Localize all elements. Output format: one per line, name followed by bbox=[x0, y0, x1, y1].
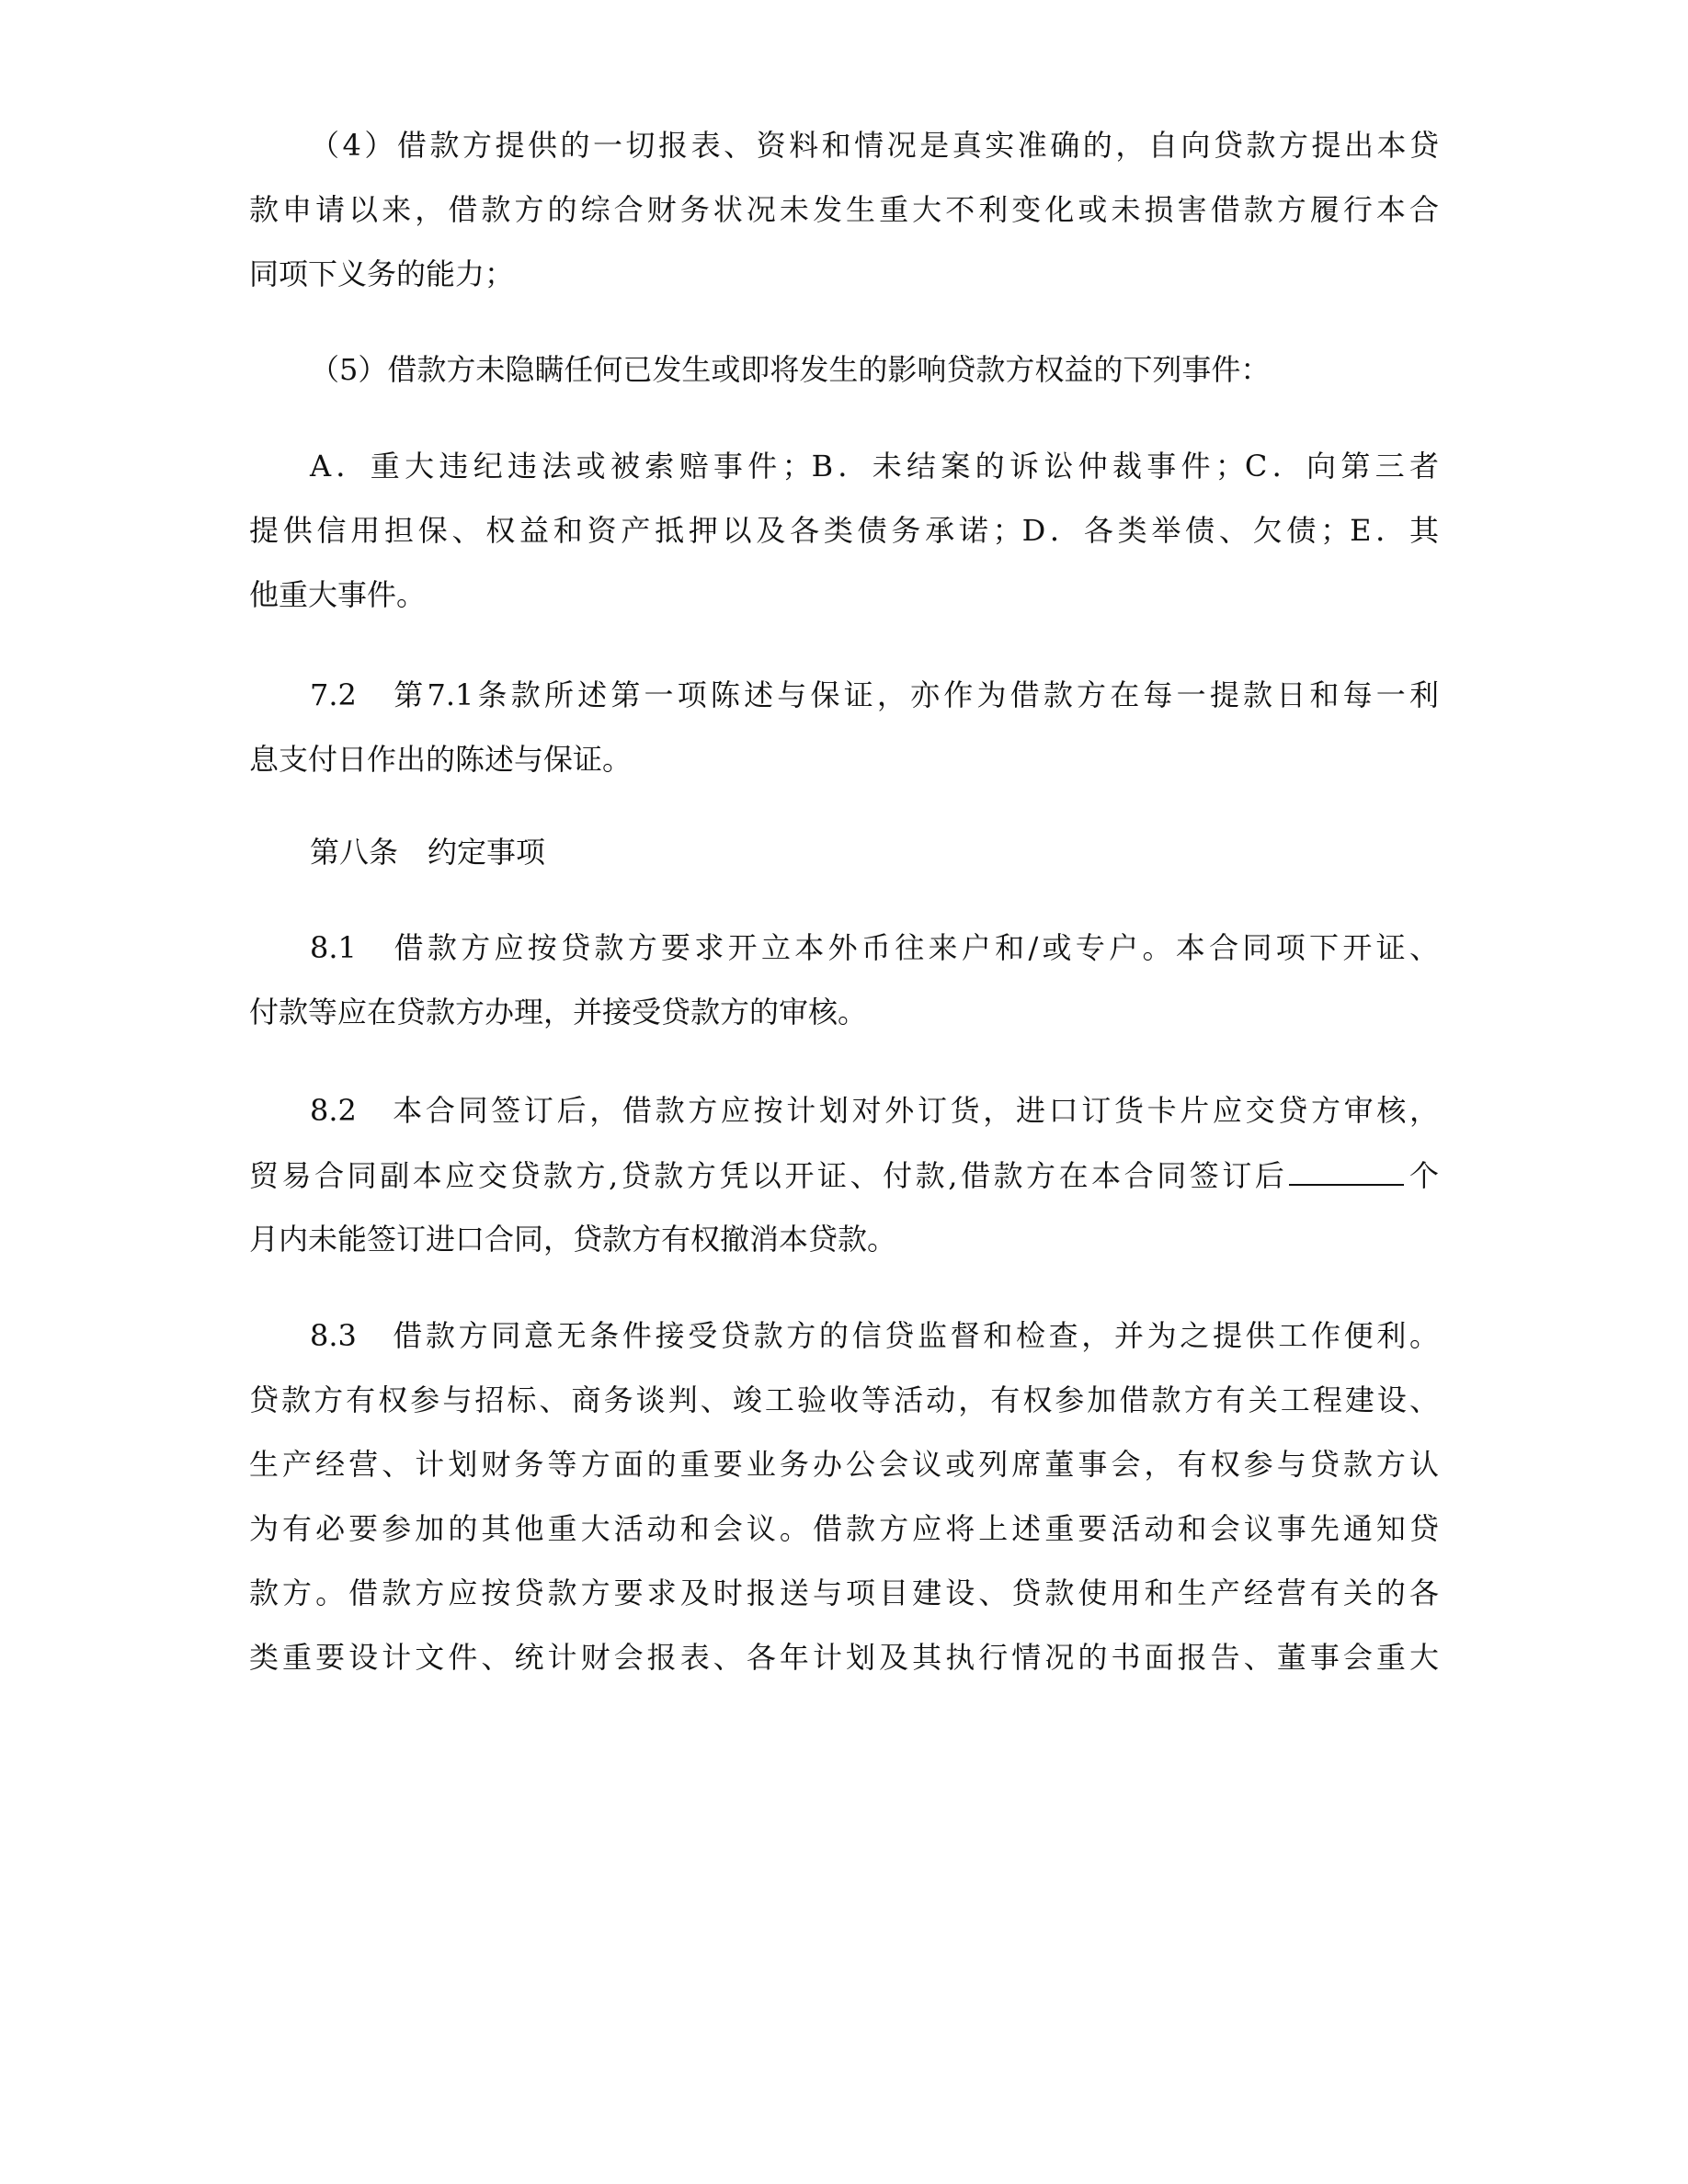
paragraph-line: 8.3 借款方同意无条件接受贷款方的信贷监督和检查，并为之提供工作便利。 bbox=[310, 1317, 1439, 1354]
document-page: （4）借款方提供的一切报表、资料和情况是真实准确的，自向贷款方提出本贷 款申请以… bbox=[0, 0, 1688, 2184]
paragraph-line-with-blank: 贸易合同副本应交贷款方,贷款方凭以开证、付款,借款方在本合同签订后个 bbox=[249, 1156, 1439, 1193]
paragraph-line: 同项下义务的能力； bbox=[249, 256, 1439, 292]
paragraph-line: 提供信用担保、权益和资产抵押以及各类债务承诺；D．各类举债、欠债；E．其 bbox=[249, 512, 1439, 549]
paragraph-line-text: 贸易合同副本应交贷款方,贷款方凭以开证、付款,借款方在本合同签订后 bbox=[249, 1158, 1287, 1193]
paragraph-line: （5）借款方未隐瞒任何已发生或即将发生的影响贷款方权益的下列事件： bbox=[310, 351, 1439, 388]
paragraph-line: 贷款方有权参与招标、商务谈判、竣工验收等活动，有权参加借款方有关工程建设、 bbox=[249, 1382, 1439, 1418]
paragraph-line: 息支付日作出的陈述与保证。 bbox=[249, 741, 1439, 778]
paragraph-line: 8.1 借款方应按贷款方要求开立本外币往来户和/或专户。本合同项下开证、 bbox=[310, 929, 1439, 966]
paragraph-line: 款申请以来，借款方的综合财务状况未发生重大不利变化或未损害借款方履行本合 bbox=[249, 191, 1439, 228]
section-heading: 第八条 约定事项 bbox=[310, 834, 1439, 870]
paragraph-line: （4）借款方提供的一切报表、资料和情况是真实准确的，自向贷款方提出本贷 bbox=[310, 127, 1439, 164]
paragraph-line: 生产经营、计划财务等方面的重要业务办公会议或列席董事会，有权参与贷款方认 bbox=[249, 1446, 1439, 1483]
fill-in-blank[interactable] bbox=[1289, 1156, 1404, 1186]
paragraph-line: 类重要设计文件、统计财会报表、各年计划及其执行情况的书面报告、董事会重大 bbox=[249, 1639, 1439, 1676]
paragraph-line: 为有必要参加的其他重大活动和会议。借款方应将上述重要活动和会议事先通知贷 bbox=[249, 1510, 1439, 1547]
paragraph-line: 他重大事件。 bbox=[249, 576, 1439, 613]
paragraph-line: 8.2 本合同签订后，借款方应按计划对外订货，进口订货卡片应交贷方审核， bbox=[310, 1092, 1439, 1129]
paragraph-line: 7.2 第7.1条款所述第一项陈述与保证，亦作为借款方在每一提款日和每一利 bbox=[310, 677, 1439, 713]
blank-suffix: 个 bbox=[1406, 1158, 1439, 1193]
paragraph-line: 款方。借款方应按贷款方要求及时报送与项目建设、贷款使用和生产经营有关的各 bbox=[249, 1575, 1439, 1611]
paragraph-line: A．重大违纪违法或被索赔事件；B．未结案的诉讼仲裁事件；C．向第三者 bbox=[310, 448, 1439, 484]
paragraph-line: 月内未能签订进口合同，贷款方有权撤消本贷款。 bbox=[249, 1221, 1439, 1257]
paragraph-line: 付款等应在贷款方办理，并接受贷款方的审核。 bbox=[249, 994, 1439, 1030]
